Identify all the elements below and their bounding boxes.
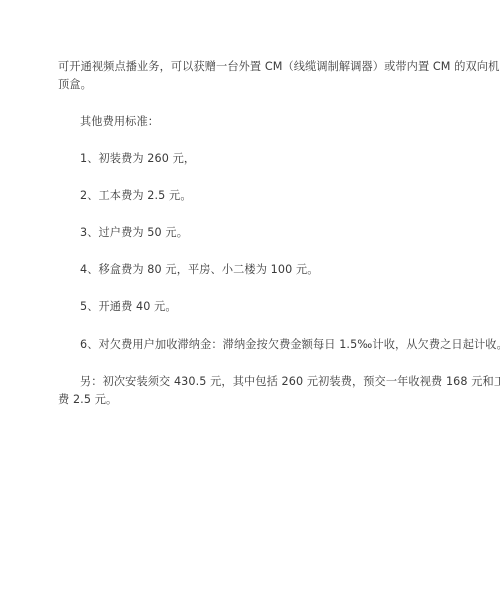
fee-item-5: 5、开通费 40 元。 [80, 300, 177, 314]
note-paragraph-line-2: 费 2.5 元。 [58, 393, 117, 407]
note-paragraph-line-1: 另：初次安装须交 430.5 元，其中包括 260 元初装费，预交一年收视费 1… [80, 375, 500, 389]
fee-item-1: 1、初装费为 260 元， [80, 152, 195, 166]
intro-paragraph-line-1: 可开通视频点播业务，可以获赠一台外置 CM（线缆调制解调器）或带内置 CM 的双… [58, 60, 499, 74]
fee-item-3: 3、过户费为 50 元。 [80, 226, 188, 240]
fee-item-4: 4、移盒费为 80 元，平房、小二楼为 100 元。 [80, 263, 319, 277]
fee-item-6: 6、对欠费用户加收滞纳金：滞纳金按欠费金额每日 1.5‰计收，从欠费之日起计收。 [80, 338, 500, 352]
intro-paragraph-line-2: 顶盒。 [58, 78, 92, 92]
document-page: 可开通视频点播业务，可以获赠一台外置 CM（线缆调制解调器）或带内置 CM 的双… [0, 0, 500, 594]
fees-heading: 其他费用标准： [80, 115, 159, 129]
fee-item-2: 2、工本费为 2.5 元。 [80, 189, 192, 203]
